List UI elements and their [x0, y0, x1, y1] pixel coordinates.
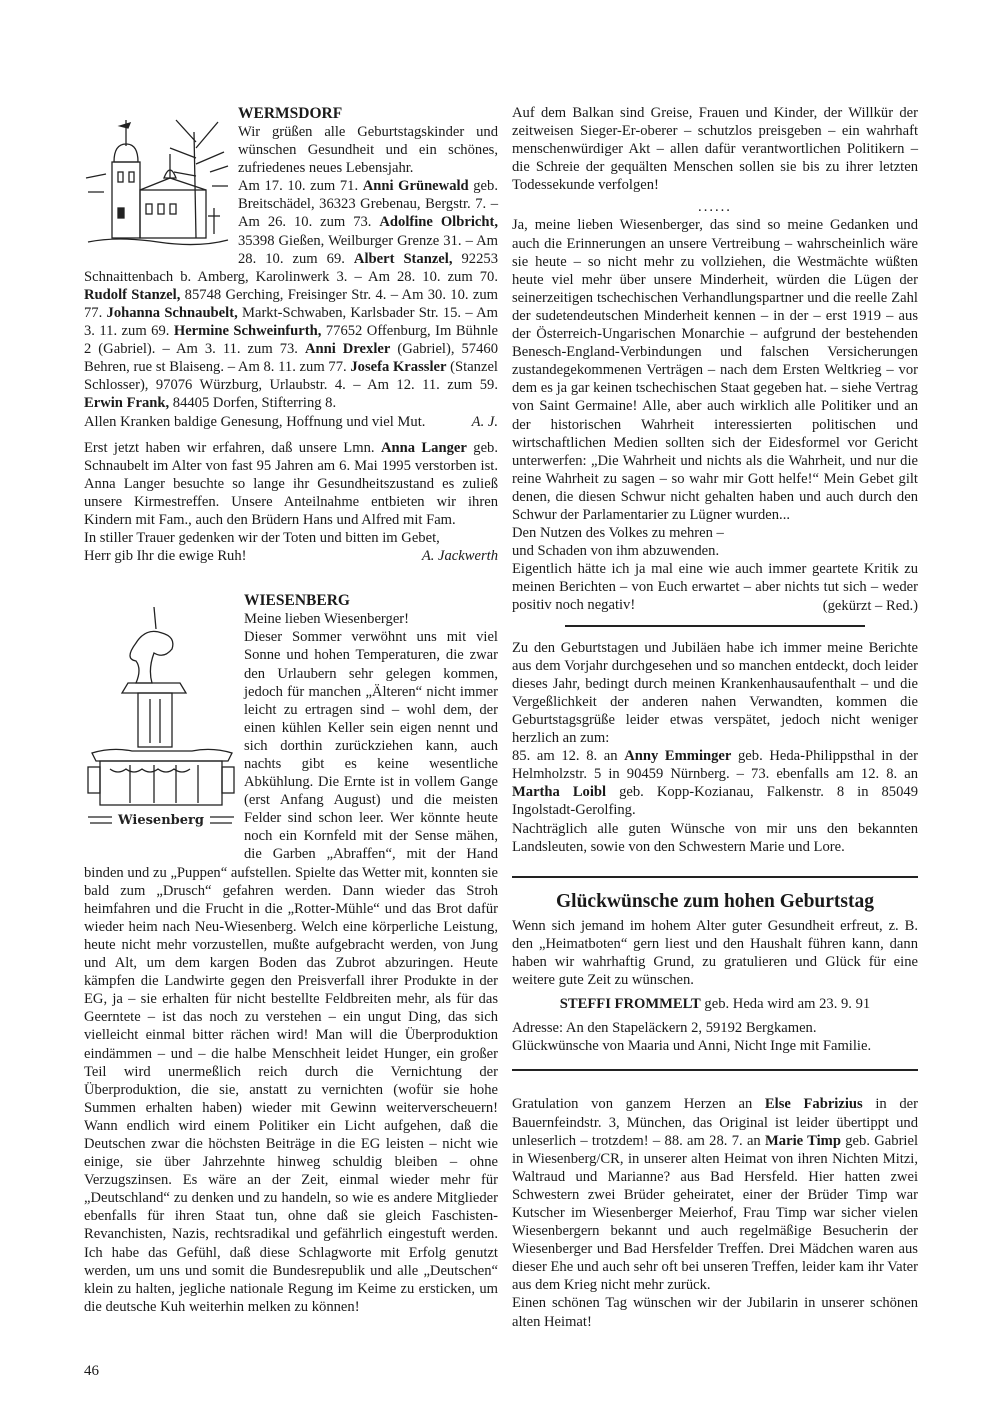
birthday-name: Hermine Schweinfurth, — [174, 323, 322, 339]
jubilee-name: Marie Timp — [765, 1133, 841, 1149]
birthday-name: Erwin Frank, — [84, 395, 169, 411]
signature: A. Jackwerth — [422, 547, 498, 565]
church-illustration-icon — [84, 112, 232, 250]
honoree-wishes: Glückwünsche von Maaria und Anni, Nicht … — [512, 1037, 918, 1055]
hohen-geburtstag-title: Glückwünsche zum hohen Geburtstag — [512, 890, 918, 914]
divider — [512, 876, 918, 878]
obituary-prayer: In stiller Trauer gedenken wir der Toten… — [84, 529, 498, 547]
birthdays-list: 85. am 12. 8. an Anny Emminger geb. Heda… — [512, 747, 918, 819]
dots-separator: ...... — [512, 200, 918, 214]
birthday-name: Albert Stanzel, — [354, 251, 453, 267]
left-column: WERMSDORF Wir grüßen alle Geburtstagskin… — [84, 104, 498, 1316]
birthday-name: Rudolf Stanzel, — [84, 287, 180, 303]
birthday-name: Anni Grünewald — [363, 178, 469, 194]
hohen-geburtstag-intro: Wenn sich jemand im hohem Alter guter Ge… — [512, 917, 918, 989]
birthday-name: Anny Emminger — [624, 748, 731, 764]
thoughts-paragraph: Ja, meine lieben Wiesenberger, das sind … — [512, 216, 918, 524]
gratulation-closing: Einen schönen Tag wünschen wir der Jubil… — [512, 1294, 918, 1330]
birthday-name: Anni Drexler — [305, 341, 390, 357]
page-number: 46 — [84, 1363, 99, 1380]
balkan-paragraph: Auf dem Balkan sind Greise, Frauen und K… — [512, 104, 918, 194]
signature: A. J. — [472, 413, 498, 431]
birthday-name: Adolfine Olbricht, — [379, 214, 498, 230]
birthdays-intro: Zu den Geburtstagen und Jubiläen habe ic… — [512, 639, 918, 748]
belated-wishes: Nachträglich alle guten Wünsche von mir … — [512, 820, 918, 856]
gratulation-paragraph: Gratulation von ganzem Herzen an Else Fa… — [512, 1095, 918, 1294]
honoree-line: STEFFI FROMMELT geb. Heda wird am 23. 9.… — [512, 995, 918, 1013]
oath-line-2: und Schaden von ihm abzuwenden. — [512, 542, 918, 560]
birthday-name: Johanna Schnaubelt, — [107, 305, 238, 321]
divider — [512, 1069, 918, 1071]
birthday-name: Martha Loibl — [512, 784, 606, 800]
birthday-name: Josefa Krassler — [350, 359, 446, 375]
wermsdorf-closing: Allen Kranken baldige Genesung, Hoffnung… — [84, 413, 498, 431]
obituary: Erst jetzt haben wir erfahren, daß unser… — [84, 439, 498, 529]
honoree-address: Adresse: An den Stapeläckern 2, 59192 Be… — [512, 1019, 918, 1037]
svg-text:Wiesenberg: Wiesenberg — [117, 813, 204, 828]
right-column: Auf dem Balkan sind Greise, Frauen und K… — [512, 104, 918, 1331]
obituary-closing: Herr gib Ihr die ewige Ruh!A. Jackwerth — [84, 547, 498, 565]
jubilee-name: Else Fabrizius — [765, 1096, 863, 1112]
oath-line-1: Den Nutzen des Volkes zu mehren – — [512, 524, 918, 542]
divider — [565, 625, 865, 627]
fountain-illustration-icon: Wiesenberg — [84, 603, 238, 829]
wiesenberg-emblem: Wiesenberg — [84, 603, 238, 851]
deceased-name: Anna Langer — [381, 440, 467, 456]
honoree-name: STEFFI FROMMELT — [560, 996, 701, 1012]
